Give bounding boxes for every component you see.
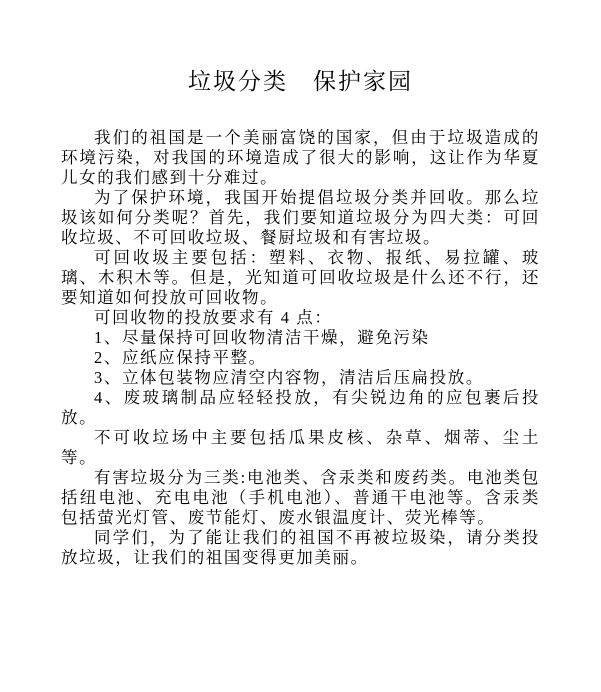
paragraph-hazardous-waste: 有害垃圾分为三类:电池类、含汞类和废药类。电池类包括纽电池、充电电池（手机电池）…: [61, 468, 540, 528]
paragraph-non-recyclable: 不可收垃场中主要包括瓜果皮核、杂草、烟蒂、尘土等。: [61, 428, 540, 468]
paragraph-rule-3: 3、立体包装物应清空内容物，清洁后压扁投放。: [61, 368, 540, 388]
paragraph-closing: 同学们，为了能让我们的祖国不再被垃圾染，请分类投放垃圾，让我们的祖国变得更加美丽…: [61, 528, 540, 568]
paragraph-rules-heading: 可回收物的投放要求有 4 点：: [61, 308, 540, 328]
document-page: 垃圾分类 保护家园 我们的祖国是一个美丽富饶的国家，但由于垃圾造成的环境污染，对…: [0, 0, 601, 692]
paragraph-four-categories: 为了保护环境，我国开始提倡垃圾分类并回收。那么垃圾该如何分类呢？首先，我们要知道…: [61, 188, 540, 248]
document-title: 垃圾分类 保护家园: [61, 63, 540, 96]
paragraph-rule-1: 1、尽量保持可回收物清洁干燥，避免污染: [61, 328, 540, 348]
paragraph-recyclable-items: 可回收圾主要包括：塑料、衣物、报纸、易拉罐、玻璃、木积木等。但是，光知道可回收垃…: [61, 248, 540, 308]
paragraph-rule-2: 2、应纸应保持平整。: [61, 348, 540, 368]
paragraph-rule-4: 4、废玻璃制品应轻轻投放，有尖锐边角的应包裹后投放。: [61, 388, 540, 428]
document-body: 我们的祖国是一个美丽富饶的国家，但由于垃圾造成的环境污染，对我国的环境造成了很大…: [61, 128, 540, 568]
paragraph-intro: 我们的祖国是一个美丽富饶的国家，但由于垃圾造成的环境污染，对我国的环境造成了很大…: [61, 128, 540, 188]
